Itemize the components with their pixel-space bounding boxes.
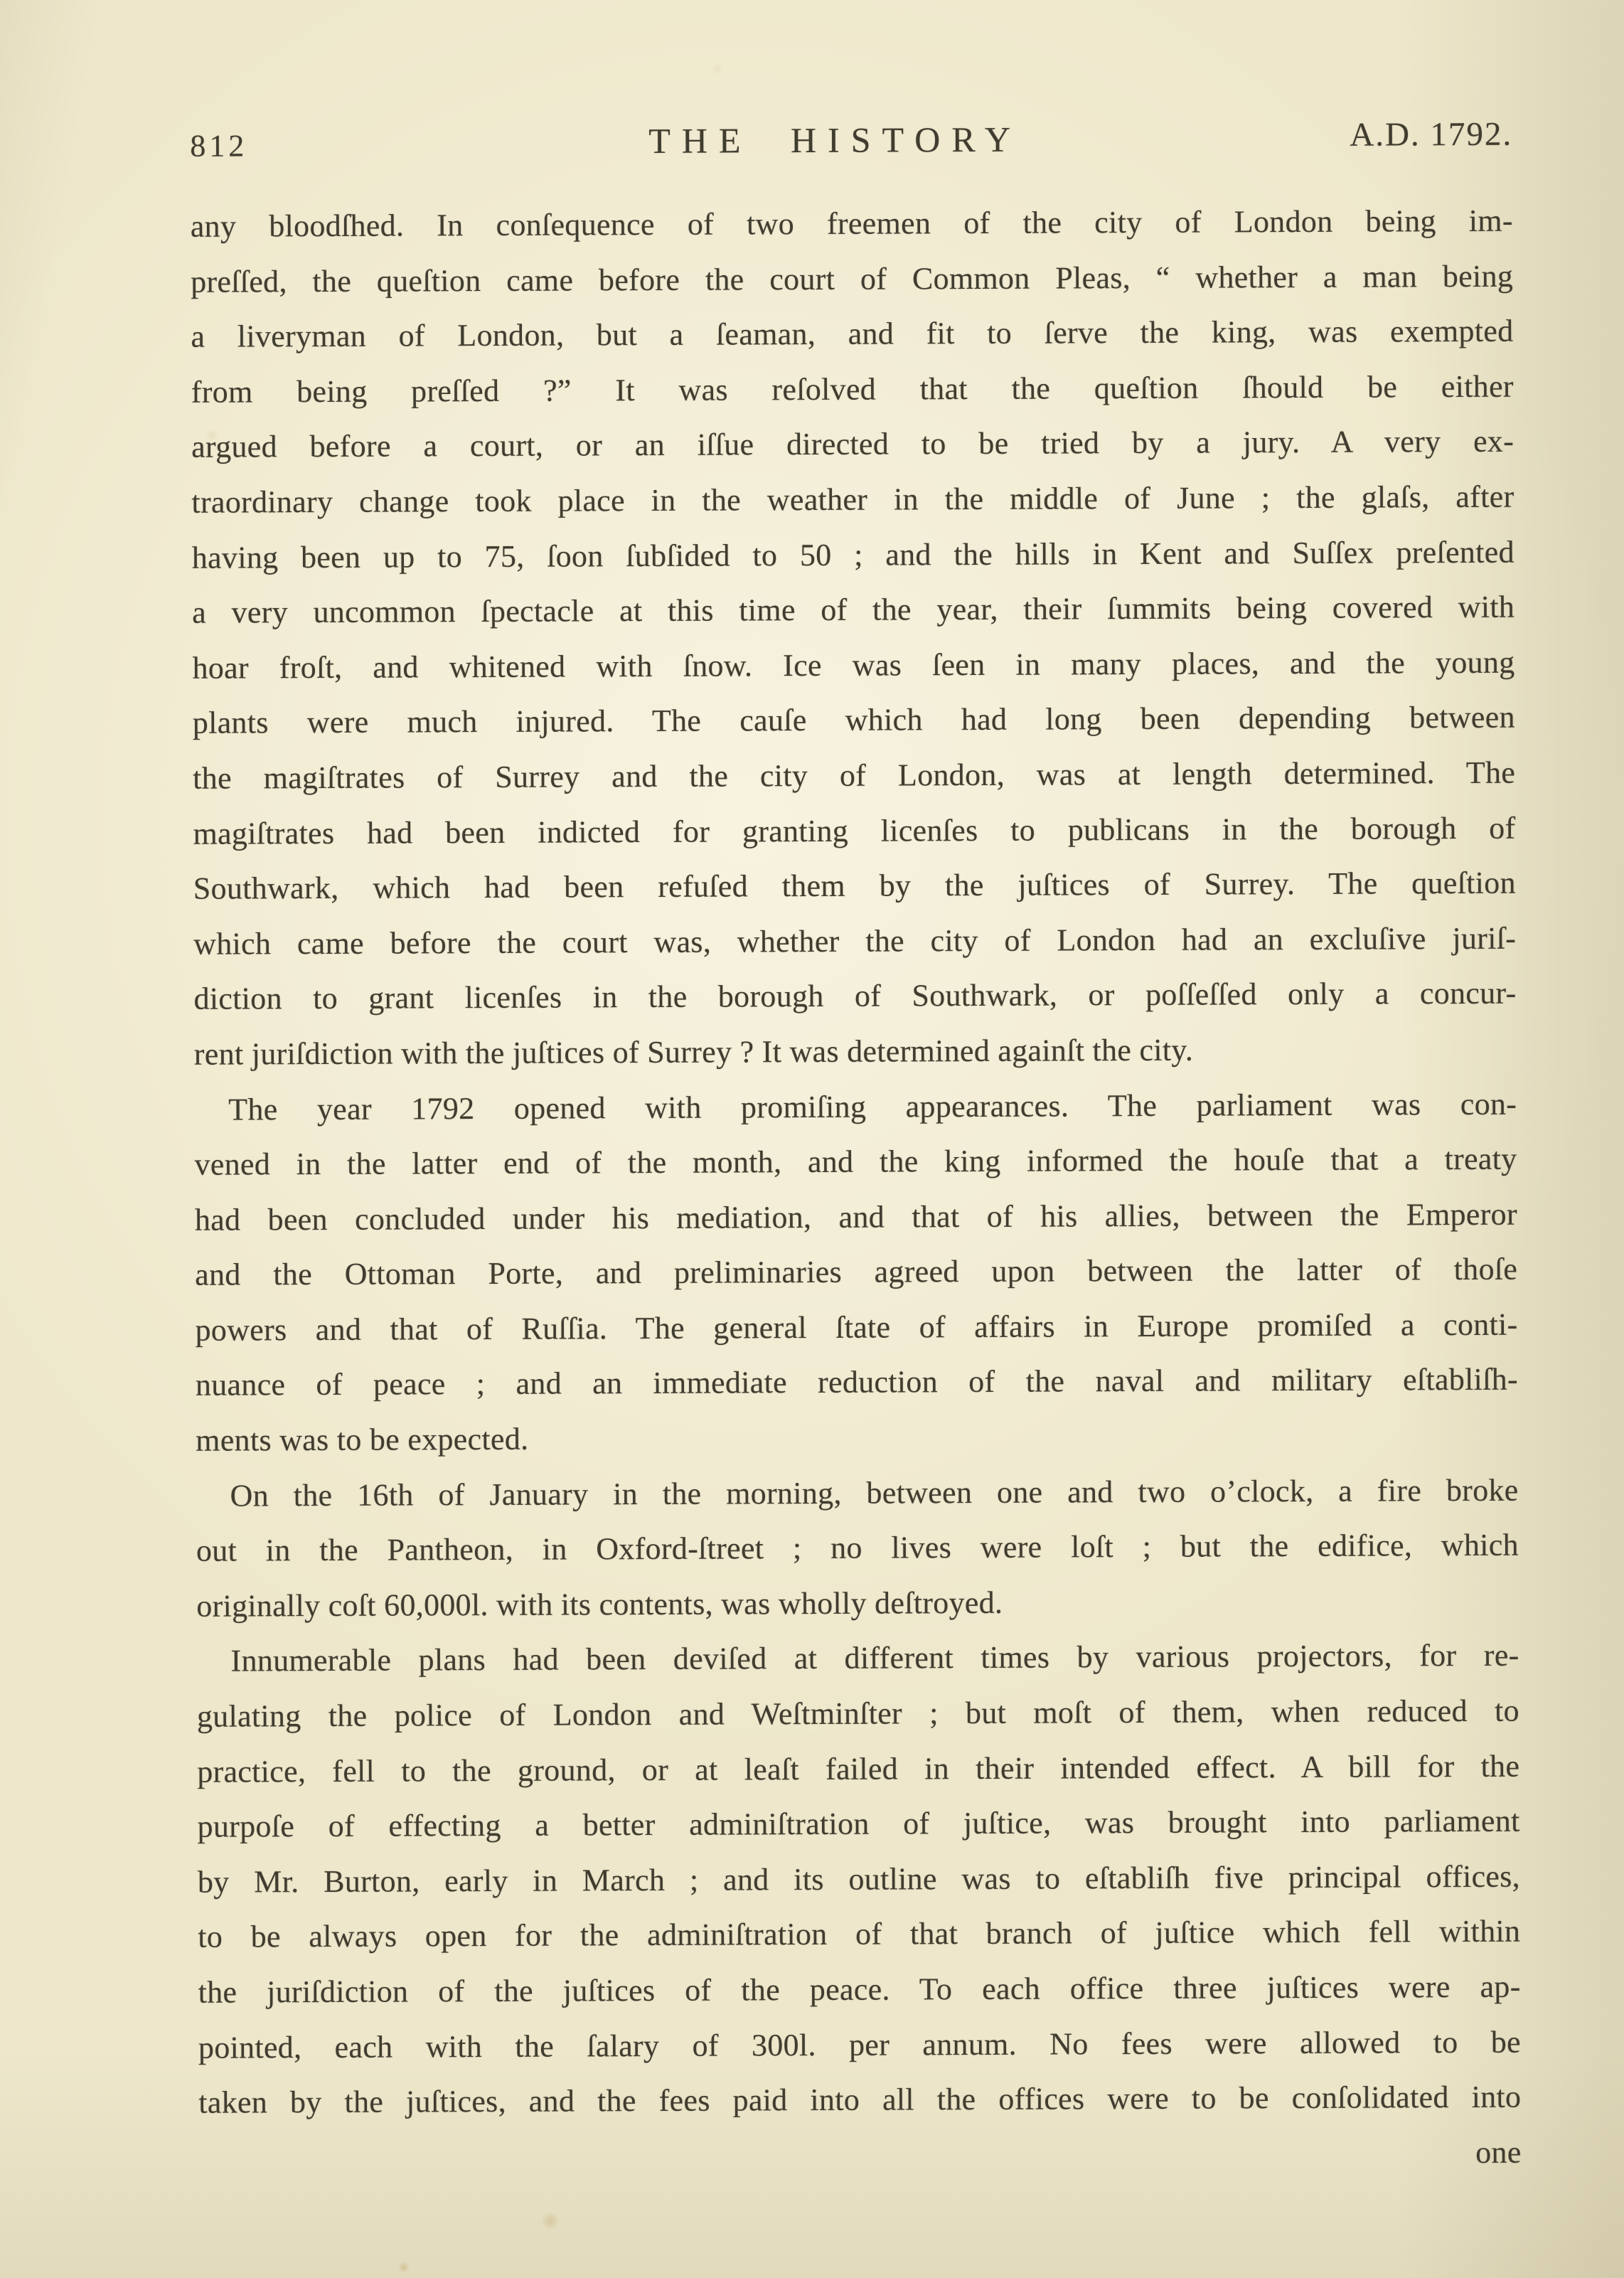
text-line: and the Ottoman Porte, and preliminaries… xyxy=(195,1242,1517,1303)
text-line: practice, fell to the ground, or at leaſ… xyxy=(197,1738,1519,1799)
text-line: traordinary change took place in the wea… xyxy=(191,469,1514,531)
text-line: from being preſſed ?” It was reſolved th… xyxy=(191,358,1514,420)
text-line: preſſed, the queſtion came before the co… xyxy=(191,248,1513,309)
page-scan: 812 THE HISTORY A.D. 1792. any bloodſhed… xyxy=(0,0,1624,2278)
text-line: vened in the latter end of the month, an… xyxy=(194,1132,1517,1193)
text-line: Innumerable plans had been deviſed at di… xyxy=(196,1628,1519,1689)
text-line: magiſtrates had been indicted for granti… xyxy=(193,800,1515,861)
text-line: any bloodſhed. In conſequence of two fre… xyxy=(191,193,1513,255)
text-line: by Mr. Burton, early in March ; and its … xyxy=(198,1848,1520,1910)
date-marker: A.D. 1792. xyxy=(1350,115,1512,154)
text-line: to be always open for the adminiſtration… xyxy=(198,1904,1520,1965)
text-line: diction to grant licenſes in the borough… xyxy=(193,966,1516,1027)
text-line: On the 16th of January in the morning, b… xyxy=(196,1462,1518,1523)
text-line: plants were much injured. The cauſe whic… xyxy=(193,690,1515,751)
text-line: out in the Pantheon, in Oxford-ſtreet ; … xyxy=(196,1518,1519,1579)
catchword: one xyxy=(198,2124,1521,2186)
text-line: which came before the court was, whether… xyxy=(193,910,1516,972)
book-page: 812 THE HISTORY A.D. 1792. any bloodſhed… xyxy=(0,0,1624,2278)
running-header: 812 THE HISTORY A.D. 1792. xyxy=(190,115,1512,178)
text-line: Southwark, which had been refuſed them b… xyxy=(193,856,1516,917)
text-line: hoar froſt, and whitened with ſnow. Ice … xyxy=(192,634,1515,696)
text-line: pointed, each with the ſalary of 300l. p… xyxy=(198,2014,1521,2075)
text-line: having been up to 75, ſoon ſubſided to 5… xyxy=(192,524,1515,585)
text-line: argued before a court, or an iſſue direc… xyxy=(191,414,1514,475)
text-line: had been concluded under his mediation, … xyxy=(195,1186,1517,1247)
text-line: ments was to be expected. xyxy=(196,1407,1518,1469)
text-line: the magiſtrates of Surrey and the city o… xyxy=(193,745,1515,807)
text-line: rent juriſdiction with the juſtices of S… xyxy=(194,1021,1517,1082)
text-block: any bloodſhed. In conſequence of two fre… xyxy=(191,193,1522,2186)
text-line: powers and that of Ruſſia. The general ſ… xyxy=(195,1297,1517,1358)
text-line: purpoſe of effecting a better adminiſtra… xyxy=(197,1794,1519,1855)
text-line: a liveryman of London, but a ſeaman, and… xyxy=(191,304,1513,365)
text-line: a very uncommon ſpectacle at this time o… xyxy=(192,580,1515,641)
text-line: taken by the juſtices, and the fees paid… xyxy=(198,2070,1521,2131)
text-line: The year 1792 opened with promiſing appe… xyxy=(194,1076,1517,1137)
running-title: THE HISTORY xyxy=(648,119,1022,161)
text-line: originally coſt 60,000l. with its conten… xyxy=(196,1573,1519,1634)
text-line: gulating the police of London and Weſtmi… xyxy=(197,1683,1519,1745)
text-line: nuance of peace ; and an immediate reduc… xyxy=(196,1352,1518,1413)
page-number: 812 xyxy=(190,127,247,164)
text-line: the juriſdiction of the juſtices of the … xyxy=(198,1959,1520,2021)
